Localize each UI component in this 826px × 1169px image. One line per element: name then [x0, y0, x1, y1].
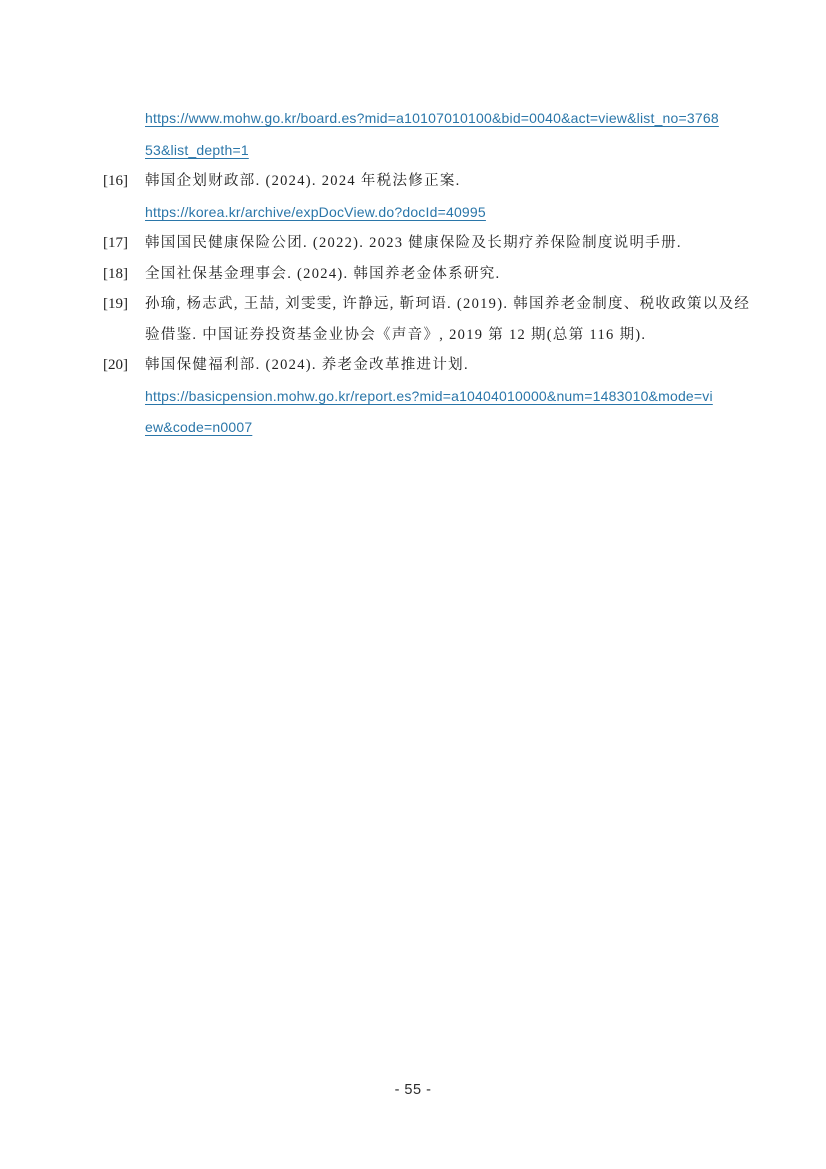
reference-url-link[interactable]: https://basicpension.mohw.go.kr/report.e… — [145, 388, 713, 404]
reference-list: https://www.mohw.go.kr/board.es?mid=a101… — [103, 103, 733, 444]
reference-number: [20] — [103, 350, 145, 381]
reference-item-15-continuation: https://www.mohw.go.kr/board.es?mid=a101… — [103, 103, 733, 166]
reference-url-link[interactable]: https://korea.kr/archive/expDocView.do?d… — [145, 204, 486, 220]
reference-item-20: [20] 韩国保健福利部. (2024). 养老金改革推进计划. https:/… — [103, 350, 733, 444]
reference-item-16: [16] 韩国企划财政部. (2024). 2024 年税法修正案. https… — [103, 166, 733, 228]
reference-text: 孙瑜, 杨志武, 王喆, 刘雯雯, 许静远, 靳珂语. (2019). 韩国养老… — [145, 289, 733, 320]
reference-text: 验借鉴. 中国证券投资基金业协会《声音》, 2019 第 12 期(总第 116… — [145, 320, 733, 351]
reference-text: 韩国企划财政部. (2024). 2024 年税法修正案. — [145, 166, 733, 197]
reference-text: 韩国国民健康保险公团. (2022). 2023 健康保险及长期疗养保险制度说明… — [145, 228, 733, 259]
reference-text: 韩国保健福利部. (2024). 养老金改革推进计划. — [145, 350, 733, 381]
reference-url-link[interactable]: 53&list_depth=1 — [145, 142, 249, 158]
reference-number: [18] — [103, 259, 145, 290]
document-page: https://www.mohw.go.kr/board.es?mid=a101… — [0, 0, 826, 1169]
reference-number: [19] — [103, 289, 145, 320]
reference-url-line: https://www.mohw.go.kr/board.es?mid=a101… — [145, 103, 733, 135]
reference-url-line: https://korea.kr/archive/expDocView.do?d… — [145, 197, 733, 229]
reference-url-link[interactable]: https://www.mohw.go.kr/board.es?mid=a101… — [145, 110, 719, 126]
reference-number: [16] — [103, 166, 145, 197]
reference-item-17: [17] 韩国国民健康保险公团. (2022). 2023 健康保险及长期疗养保… — [103, 228, 733, 259]
reference-item-18: [18] 全国社保基金理事会. (2024). 韩国养老金体系研究. — [103, 259, 733, 290]
reference-item-19: [19] 孙瑜, 杨志武, 王喆, 刘雯雯, 许静远, 靳珂语. (2019).… — [103, 289, 733, 350]
reference-number: [17] — [103, 228, 145, 259]
reference-url-link[interactable]: ew&code=n0007 — [145, 419, 252, 435]
page-number: - 55 - — [0, 1082, 826, 1098]
reference-url-line: ew&code=n0007 — [145, 412, 733, 444]
reference-url-line: https://basicpension.mohw.go.kr/report.e… — [145, 381, 733, 413]
reference-url-line: 53&list_depth=1 — [145, 135, 733, 167]
reference-text: 全国社保基金理事会. (2024). 韩国养老金体系研究. — [145, 259, 733, 290]
